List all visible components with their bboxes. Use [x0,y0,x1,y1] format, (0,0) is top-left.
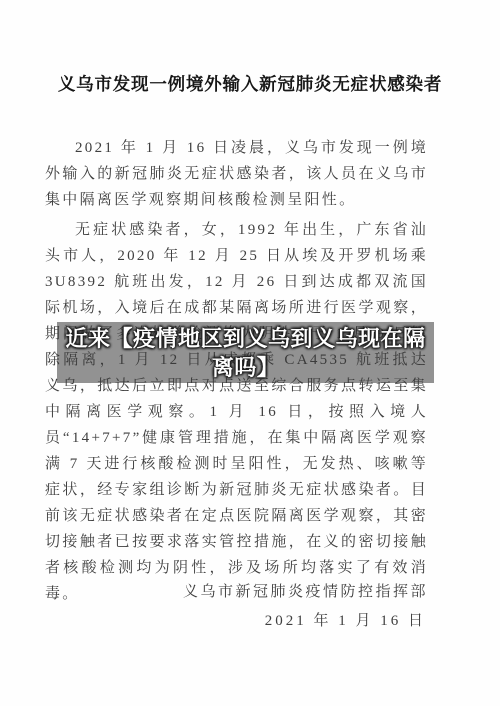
caption-text: 近来【疫情地区到义乌到义乌现在隔离吗】 [65,324,426,382]
signature-block: 义乌市新冠肺炎疫情防控指挥部 2021 年 1 月 16 日 [183,579,428,634]
issue-date: 2021 年 1 月 16 日 [183,608,426,634]
announcement-title: 义乌市发现一例境外输入新冠肺炎无症状感染者 [0,71,500,96]
caption-overlay: 近来【疫情地区到义乌到义乌现在隔离吗】 [57,322,434,383]
announcement-page: 义乌市发现一例境外输入新冠肺炎无症状感染者 2021 年 1 月 16 日凌晨，… [0,0,500,706]
paragraph-case-details: 无症状感染者，女，1992 年出生，广东省汕头市人，2020 年 12 月 25… [45,217,428,607]
issuer-signature: 义乌市新冠肺炎疫情防控指挥部 [183,579,428,605]
paragraph-intro: 2021 年 1 月 16 日凌晨，义乌市发现一例境外输入的新冠肺炎无症状感染者… [45,135,428,213]
